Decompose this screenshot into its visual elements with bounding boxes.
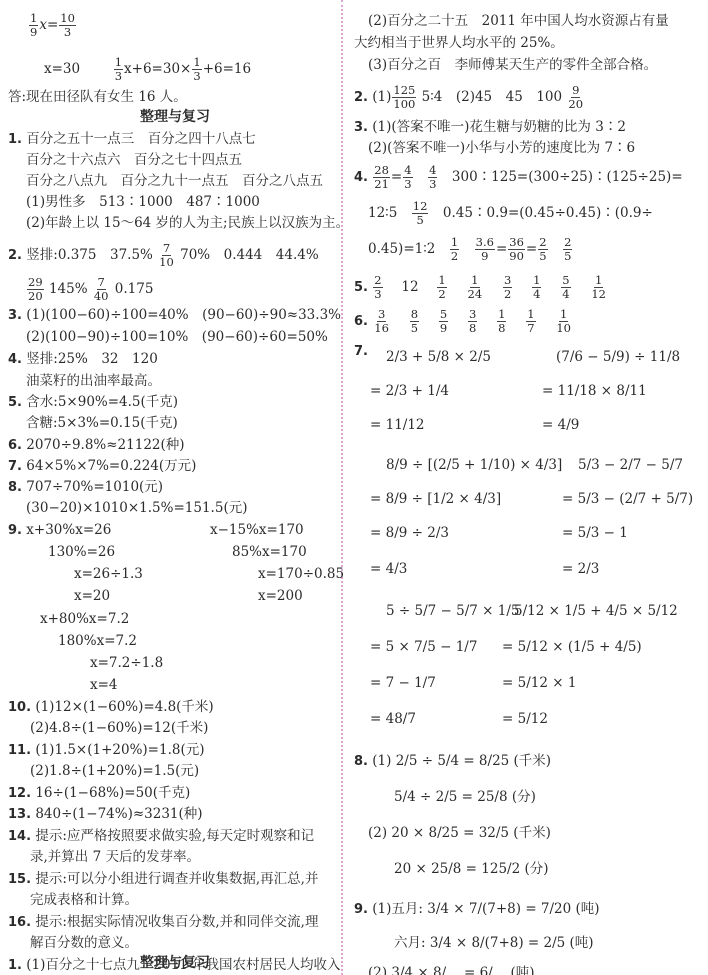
- q7-step: 8/9 ÷ [(2/5 + 1/10) × 4/3]: [386, 456, 562, 474]
- q7-step: = 5/3 − (2/7 + 5/7): [562, 490, 693, 508]
- q5-line: 5. 含水:5×90%=4.5(千克): [8, 393, 178, 412]
- q9-line: x=20: [74, 587, 110, 605]
- s2-q1-line: 1. (1)百分之十七点九 2011 年我国农村居民人均收入: [8, 956, 341, 975]
- q6-line: 6. 316 85 59 38 18 17 110: [354, 308, 573, 335]
- q9-line: x=200: [258, 587, 303, 605]
- q9-line: 六月: 3/4 × 8/(7+8) = 2/5 (吨): [394, 934, 594, 952]
- q8-line: 5/4 ÷ 2/5 = 25/8 (分): [394, 788, 536, 806]
- continuation-line: 大约相当于世界人均水平的 25%。: [354, 34, 564, 52]
- q7-step: (7/6 − 5/9) ÷ 11/8: [556, 348, 680, 366]
- q3-line: 3. (1)(答案不唯一)花生糖与奶糖的比为 3∶2: [354, 118, 626, 137]
- q16-line: 解百分数的意义。: [30, 934, 138, 952]
- q7-step: = 5/12: [502, 710, 548, 728]
- q4-line: 12∶5 125 0.45∶0.9=(0.45÷0.45)∶(0.9÷: [368, 200, 653, 227]
- equation-line: 19x=103: [28, 12, 77, 39]
- q7-step: = 2/3 + 1/4: [370, 382, 449, 400]
- q9-line: 9. x+30%x=26: [8, 521, 111, 540]
- q15-line: 完成表格和计算。: [30, 891, 138, 909]
- q9-line: x+80%x=7.2: [40, 610, 129, 628]
- q7-step: = 4/3: [370, 560, 407, 578]
- q7-step: 5/12 × 1/5 + 4/5 × 5/12: [514, 602, 678, 620]
- continuation-line: (2)百分之二十五 2011 年中国人均水资源占有量: [368, 12, 669, 30]
- q13-line: 13. 840÷(1−74%)≈3231(种): [8, 805, 203, 824]
- q1-line: 百分之十六点六 百分之七十四点五: [26, 151, 242, 169]
- q1-line: (2)年龄上以 15～64 岁的人为主;民族上以汉族为主。: [26, 214, 349, 232]
- q7-step: = 5/12 × (1/5 + 4/5): [502, 638, 642, 656]
- continuation-line: (3)百分之百 李师傅某天生产的零件全部合格。: [368, 56, 657, 74]
- equation-line: x=30 13x+6=30×13+6=16: [44, 56, 251, 83]
- q9-line: (2) 3/4 × 8/… = 6/… (吨): [368, 964, 535, 975]
- q8-line: 8. (1) 2/5 ÷ 5/4 = 8/25 (千米): [354, 752, 551, 771]
- q12-line: 12. 16÷(1−68%)=50(千克): [8, 784, 190, 803]
- section-title: 整理与复习: [140, 108, 210, 126]
- q9-line: x=170÷0.85: [258, 565, 344, 583]
- q9-line: 85%x=170: [232, 543, 307, 561]
- q4-line: 4. 2821=43 43 300∶125=(300÷25)∶(125÷25)=: [354, 164, 683, 191]
- q7-step: = 7 − 1/7: [370, 674, 436, 692]
- q9-line: x=7.2÷1.8: [90, 654, 163, 672]
- q7-step: = 5/12 × 1: [502, 674, 576, 692]
- q8-line: (30−20)×1010×1.5%=151.5(元): [26, 499, 247, 517]
- q6-line: 6. 2070÷9.8%≈21122(种): [8, 436, 185, 455]
- q1-line: 1. 百分之五十一点三 百分之四十八点七: [8, 130, 256, 149]
- q7-step: = 2/3: [562, 560, 599, 578]
- q4-line: 油菜籽的出油率最高。: [26, 372, 161, 390]
- q5-line: 5. 23 12 12 124 32 14 54 112: [354, 274, 608, 301]
- q7-step: = 48/7: [370, 710, 416, 728]
- q9-line: 130%=26: [48, 543, 115, 561]
- q2-line: 2. (1)125100 5∶4 (2)45 45 100 920: [354, 84, 585, 111]
- q1-line: (1)男性多 513∶1000 487∶1000: [26, 193, 260, 211]
- q3-line: (2)(100−90)÷100=10% (90−60)÷60=50%: [26, 328, 328, 346]
- q9-line: 180%x=7.2: [58, 632, 137, 650]
- q10-line: (2)4.8÷(1−60%)=12(千米): [30, 719, 208, 737]
- q8-line: 8. 707÷70%=1010(元): [8, 478, 163, 497]
- q7-step: = 8/9 ÷ [1/2 × 4/3]: [370, 490, 501, 508]
- q10-line: 10. (1)12×(1−60%)=4.8(千米): [8, 698, 214, 717]
- q7-step: = 5 × 7/5 − 1/7: [370, 638, 477, 656]
- q11-line: (2)1.8÷(1+20%)=1.5(元): [30, 762, 199, 780]
- q9-line: 9. (1)五月: 3/4 × 7/(7+8) = 7/20 (吨): [354, 900, 600, 919]
- q4-line: 4. 竖排:25% 32 120: [8, 350, 158, 369]
- q8-line: 20 × 25/8 = 125/2 (分): [394, 860, 549, 878]
- q7-line: 7. 64×5%×7%=0.224(万元): [8, 457, 196, 476]
- q14-line: 录,并算出 7 天后的发芽率。: [30, 848, 200, 866]
- column-divider: [341, 0, 343, 975]
- q5-line: 含糖:5×3%=0.15(千克): [26, 414, 178, 432]
- q7-step: = 8/9 ÷ 2/3: [370, 524, 449, 542]
- q9-line: x=4: [90, 676, 118, 694]
- q7-step: = 4/9: [542, 416, 579, 434]
- q1-line: 百分之八点九 百分之九十一点五 百分之八点五: [26, 172, 323, 190]
- q7-step: = 11/12: [370, 416, 425, 434]
- q7-number: 7.: [354, 342, 368, 361]
- q3-line: (2)(答案不唯一)小华与小芳的速度比为 7∶6: [368, 139, 635, 157]
- q9-line: x=26÷1.3: [74, 565, 143, 583]
- q9-line: x−15%x=170: [210, 521, 304, 539]
- q3-line: 3. (1)(100−60)÷100=40% (90−60)÷90≈33.3%: [8, 306, 341, 325]
- q7-step: = 5/3 − 1: [562, 524, 628, 542]
- q2-line: 2. 竖排:0.375 37.5% 710 70% 0.444 44.4%: [8, 242, 319, 269]
- q14-line: 14. 提示:应严格按照要求做实验,每天定时观察和记: [8, 827, 314, 846]
- q15-line: 15. 提示:可以分小组进行调查并收集数据,再汇总,并: [8, 870, 318, 889]
- q11-line: 11. (1)1.5×(1+20%)=1.8(元): [8, 741, 205, 760]
- q7-step: 2/3 + 5/8 × 2/5: [386, 348, 491, 366]
- q7-step: = 11/18 × 8/11: [542, 382, 647, 400]
- answer-text: 答:现在田径队有女生 16 人。: [8, 88, 187, 106]
- q16-line: 16. 提示:根据实际情况收集百分数,并和同伴交流,理: [8, 913, 318, 932]
- q7-step: 5 ÷ 5/7 − 5/7 × 1/5: [386, 602, 519, 620]
- q8-line: (2) 20 × 8/25 = 32/5 (千米): [368, 824, 551, 842]
- q7-step: 5/3 − 2/7 − 5/7: [578, 456, 683, 474]
- q4-line: 0.45)=1∶2 12 3.69=3690=25 25: [368, 236, 573, 263]
- q2-line: 2920 145% 740 0.175: [26, 276, 153, 303]
